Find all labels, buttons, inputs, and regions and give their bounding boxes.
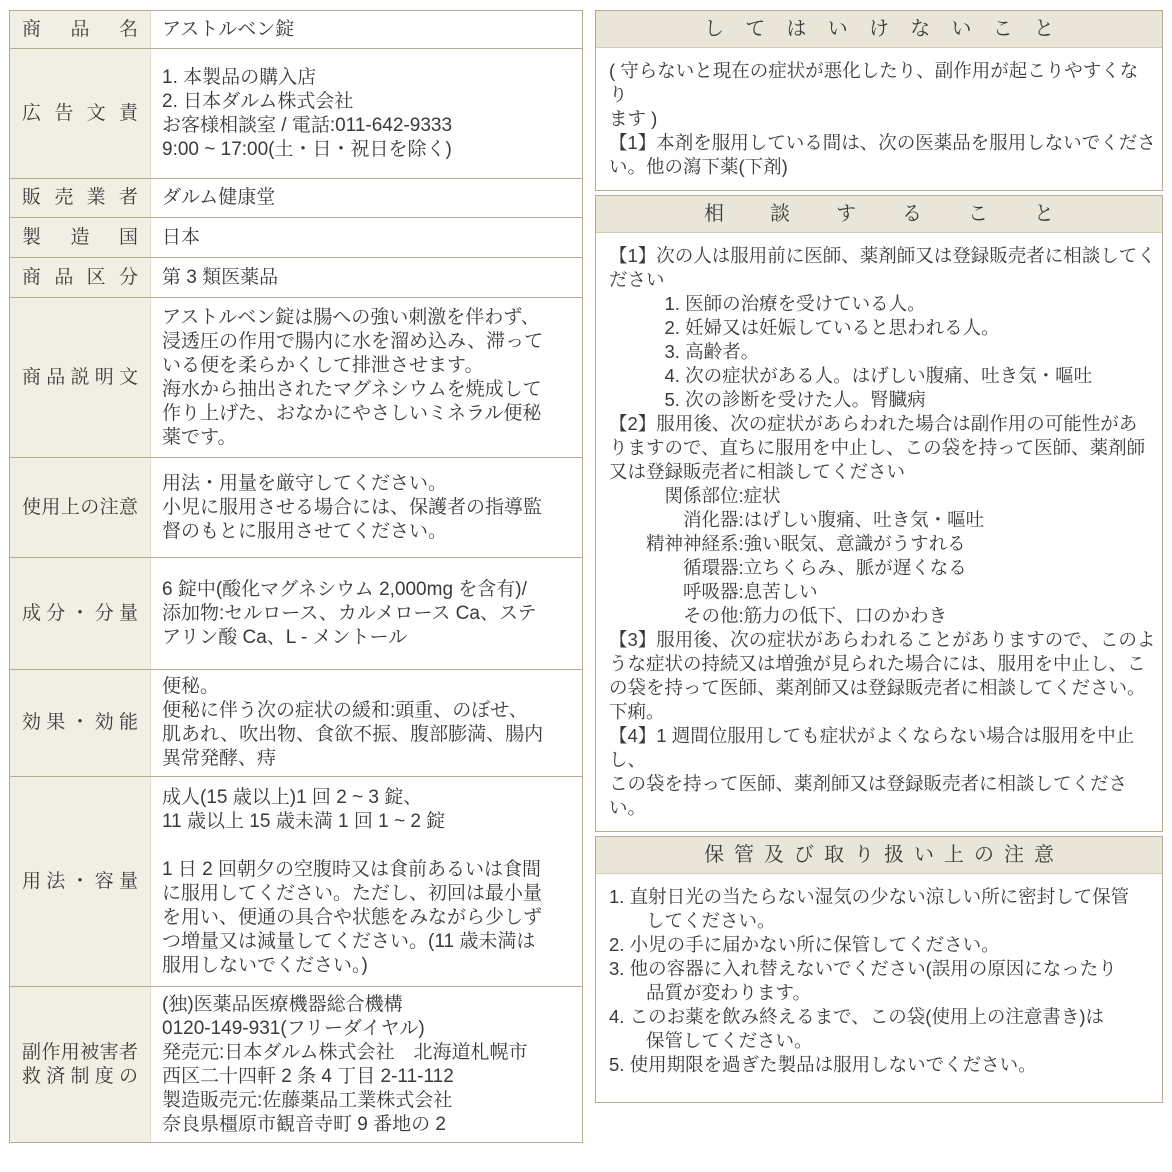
- row-label-cell: 副作用被害者 救済制度の: [10, 987, 151, 1142]
- row-label: 商品名: [22, 18, 138, 42]
- section-body: 【1】次の人は服用前に医師、薬剤師又は登録販売者に相談してく ださい 1. 医師…: [596, 233, 1162, 831]
- row-label: 成分・分量: [22, 602, 138, 626]
- row-value: (独)医薬品医療機器総合機構 0120-149-931(フリーダイヤル) 発売元…: [162, 993, 574, 1137]
- row-value: アストルベン錠は腸への強い刺激を伴わず、 浸透圧の作用で腸内に水を溜め込み、滞っ…: [162, 306, 574, 450]
- row-label-cell: 商品区分: [10, 258, 151, 297]
- section-header: 相談すること: [596, 196, 1162, 233]
- table-row: 販売業者 ダルム健康堂: [10, 179, 582, 218]
- section-title: 保管及び取り扱い上の注意: [704, 843, 1054, 867]
- row-label-cell: 用法・容量: [10, 777, 151, 986]
- row-label-cell: 商品名: [10, 11, 151, 48]
- row-label: 用法・容量: [22, 870, 138, 894]
- row-value-cell: 第 3 類医薬品: [151, 258, 582, 297]
- table-row: 成分・分量 6 錠中(酸化マグネシウム 2,000mg を含有)/ 添加物:セル…: [10, 558, 582, 670]
- row-value: 6 錠中(酸化マグネシウム 2,000mg を含有)/ 添加物:セルロース、カル…: [162, 578, 574, 650]
- table-row: 商品区分 第 3 類医薬品: [10, 258, 582, 298]
- row-label-cell: 広告文責: [10, 49, 151, 178]
- row-value: ダルム健康堂: [162, 186, 574, 210]
- drug-information-sheet: 商品名 アストルベン錠 広告文責 1. 本製品の購入店 2. 日本ダルム株式会社…: [0, 0, 1172, 1172]
- table-row: 商品説明文 アストルベン錠は腸への強い刺激を伴わず、 浸透圧の作用で腸内に水を溜…: [10, 298, 582, 458]
- row-label: 販売業者: [22, 186, 138, 210]
- section-title: してはいけないこと: [704, 17, 1054, 41]
- row-value: 第 3 類医薬品: [162, 266, 574, 290]
- row-value-cell: アストルベン錠は腸への強い刺激を伴わず、 浸透圧の作用で腸内に水を溜め込み、滞っ…: [151, 298, 582, 457]
- section-body: ( 守らないと現在の症状が悪化したり、副作用が起こりやすくなり ます ) 【1】…: [596, 48, 1162, 190]
- precautions-column: してはいけないこと ( 守らないと現在の症状が悪化したり、副作用が起こりやすくな…: [595, 10, 1163, 1107]
- section-header: 保管及び取り扱い上の注意: [596, 837, 1162, 874]
- row-value: 便秘。 便秘に伴う次の症状の緩和:頭重、のぼせ、 肌あれ、吹出物、食欲不振、腹部…: [162, 675, 574, 771]
- row-value-cell: 日本: [151, 218, 582, 257]
- row-value: アストルベン錠: [162, 18, 574, 42]
- row-value-cell: ダルム健康堂: [151, 179, 582, 217]
- row-value-cell: 1. 本製品の購入店 2. 日本ダルム株式会社 お客様相談室 / 電話:011-…: [151, 49, 582, 178]
- row-label: 商品区分: [22, 266, 138, 290]
- table-row: 広告文責 1. 本製品の購入店 2. 日本ダルム株式会社 お客様相談室 / 電話…: [10, 49, 582, 179]
- row-value-cell: (独)医薬品医療機器総合機構 0120-149-931(フリーダイヤル) 発売元…: [151, 987, 582, 1142]
- table-row: 製造国 日本: [10, 218, 582, 258]
- table-row: 副作用被害者 救済制度の (独)医薬品医療機器総合機構 0120-149-931…: [10, 987, 582, 1142]
- row-label: 使用上の注意: [22, 496, 138, 520]
- row-value-cell: 便秘。 便秘に伴う次の症状の緩和:頭重、のぼせ、 肌あれ、吹出物、食欲不振、腹部…: [151, 670, 582, 776]
- precaution-section: 保管及び取り扱い上の注意 1. 直射日光の当たらない湿気の少ない涼しい所に密封し…: [595, 836, 1163, 1103]
- table-row: 用法・容量 成人(15 歳以上)1 回 2 ~ 3 錠、 11 歳以上 15 歳…: [10, 777, 582, 987]
- row-label-cell: 成分・分量: [10, 558, 151, 669]
- precaution-section: 相談すること 【1】次の人は服用前に医師、薬剤師又は登録販売者に相談してく ださ…: [595, 195, 1163, 832]
- table-row: 商品名 アストルベン錠: [10, 11, 582, 49]
- precaution-section: してはいけないこと ( 守らないと現在の症状が悪化したり、副作用が起こりやすくな…: [595, 10, 1163, 191]
- row-label-cell: 販売業者: [10, 179, 151, 217]
- row-label: 副作用被害者 救済制度の: [22, 1041, 138, 1089]
- row-label-cell: 効果・効能: [10, 670, 151, 776]
- row-value: 成人(15 歳以上)1 回 2 ~ 3 錠、 11 歳以上 15 歳未満 1 回…: [162, 786, 574, 978]
- row-label: 製造国: [22, 226, 138, 250]
- row-label-cell: 商品説明文: [10, 298, 151, 457]
- table-row: 使用上の注意 用法・用量を厳守してください。 小児に服用させる場合には、保護者の…: [10, 458, 582, 558]
- section-title: 相談すること: [704, 202, 1054, 226]
- product-info-table: 商品名 アストルベン錠 広告文責 1. 本製品の購入店 2. 日本ダルム株式会社…: [9, 10, 583, 1143]
- row-label: 広告文責: [22, 102, 138, 126]
- section-body: 1. 直射日光の当たらない湿気の少ない涼しい所に密封して保管 してください。 2…: [596, 874, 1162, 1088]
- row-value: 用法・用量を厳守してください。 小児に服用させる場合には、保護者の指導監 督のも…: [162, 472, 574, 544]
- row-label: 効果・効能: [22, 711, 138, 735]
- row-value: 1. 本製品の購入店 2. 日本ダルム株式会社 お客様相談室 / 電話:011-…: [162, 66, 574, 162]
- row-value-cell: 成人(15 歳以上)1 回 2 ~ 3 錠、 11 歳以上 15 歳未満 1 回…: [151, 777, 582, 986]
- table-row: 効果・効能 便秘。 便秘に伴う次の症状の緩和:頭重、のぼせ、 肌あれ、吹出物、食…: [10, 670, 582, 777]
- row-label-cell: 使用上の注意: [10, 458, 151, 557]
- row-value-cell: 用法・用量を厳守してください。 小児に服用させる場合には、保護者の指導監 督のも…: [151, 458, 582, 557]
- row-value-cell: アストルベン錠: [151, 11, 582, 48]
- row-label: 商品説明文: [22, 366, 138, 390]
- row-value: 日本: [162, 226, 574, 250]
- row-value-cell: 6 錠中(酸化マグネシウム 2,000mg を含有)/ 添加物:セルロース、カル…: [151, 558, 582, 669]
- section-header: してはいけないこと: [596, 11, 1162, 48]
- row-label-cell: 製造国: [10, 218, 151, 257]
